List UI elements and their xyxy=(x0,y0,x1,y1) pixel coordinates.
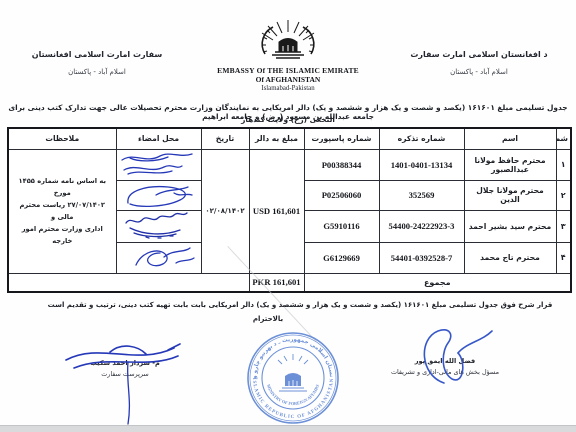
col-header-amount: مبلغ به دالر xyxy=(249,128,304,149)
afghanistan-emblem-icon xyxy=(255,18,321,66)
footer-respect-line: بالاحترام xyxy=(0,315,536,323)
signature-row2-icon xyxy=(116,181,199,210)
charge-daffaires-sign-block: م- سردار احمد شکیب سرپرست سفارت xyxy=(50,338,200,426)
embassy-name-line2: Of AFGHANISTAN xyxy=(0,75,576,84)
embassy-name-line1: EMBASSY Of THE ISLAMIC EMIRATE xyxy=(0,66,576,75)
total-label-cell: مجموع xyxy=(304,273,571,292)
row3-tazkira: 54400-24222923-3 xyxy=(379,210,464,242)
col-header-signature: محل امضاء xyxy=(116,128,201,149)
table-total-row: مجموع PKR 161,601 xyxy=(8,273,571,292)
charge-daffaires-signature-icon xyxy=(50,338,200,426)
row2-tazkira: 352569 xyxy=(379,180,464,210)
ministry-stamp: د افغانستان اسلامی جمهوریت ـ د بهرنیو چا… xyxy=(245,330,341,426)
scan-bottom-edge xyxy=(0,425,576,432)
svg-text:د افغانستان اسلامی جمهوریت ـ د: د افغانستان اسلامی جمهوریت ـ د بهرنیو چا… xyxy=(245,330,334,380)
row2-name: محترم مولانا جلال الدین xyxy=(464,180,556,210)
row3-signature-cell xyxy=(116,210,201,242)
row1-passport: P00388344 xyxy=(304,149,379,180)
row4-tazkira: 54401-0392528-7 xyxy=(379,242,464,273)
signature-row3-icon xyxy=(116,211,199,242)
col-header-tazkira: شماره تذکره xyxy=(379,128,464,149)
row2-number: ۲ xyxy=(556,180,571,210)
row2-signature-cell xyxy=(116,180,201,210)
notes-cell: به اساس نامه شماره ۱۴۵۵ مورخ ۲۷/۰۷/۱۴۰۲ … xyxy=(8,149,116,273)
row1-number: ۱ xyxy=(556,149,571,180)
amount-usd-cell: USD 161,601 xyxy=(249,149,304,273)
embassy-city-line: Islamabad-Pakistan xyxy=(0,85,576,92)
signature-row1-icon xyxy=(116,150,199,179)
row1-tazkira: 1401-0401-13134 xyxy=(379,149,464,180)
stamp-top-arc-text: د افغانستان اسلامی جمهوریت ـ د بهرنیو چا… xyxy=(245,330,334,380)
finance-officer-sign-block: فضل الله ایمق پور مسؤل بخش های مالی-ادار… xyxy=(380,323,510,393)
finance-officer-signature-icon xyxy=(400,323,510,391)
header-center-block: EMBASSY Of THE ISLAMIC EMIRATE Of AFGHAN… xyxy=(0,18,576,92)
notes-line2: ۲۷/۰۷/۱۴۰۲ ریاست محترم مالی و xyxy=(20,201,105,221)
row1-name: محترم حافظ مولانا عبدالصبور xyxy=(464,149,556,180)
document-title-line2: النخعی (رح) ولایت کندهار xyxy=(4,115,572,124)
row4-signature-cell xyxy=(116,242,201,273)
table-header-row: شماره اسم شماره تذکره شماره پاسپورت مبلغ… xyxy=(8,128,571,149)
row4-passport: G6129669 xyxy=(304,242,379,273)
footer-statement: قرار شرح فوق جدول تسلیمی مبلغ ۱۶۱۶۰۱ (یک… xyxy=(30,301,570,309)
scanned-document: د افغانستان اسلامی امارت سفارت اسلام آبا… xyxy=(0,0,576,432)
row3-passport: G5910116 xyxy=(304,210,379,242)
delivery-table: شماره اسم شماره تذکره شماره پاسپورت مبلغ… xyxy=(7,127,572,293)
total-empty-cell xyxy=(8,273,249,292)
notes-line3: اداری وزارت محترم امور خارجه xyxy=(22,225,103,245)
col-header-name: اسم xyxy=(464,128,556,149)
col-header-number: شماره xyxy=(556,128,571,149)
signature-row4-icon xyxy=(116,243,199,272)
col-header-passport: شماره پاسپورت xyxy=(304,128,379,149)
ministry-stamp-icon: د افغانستان اسلامی جمهوریت ـ د بهرنیو چا… xyxy=(245,330,341,426)
row3-number: ۳ xyxy=(556,210,571,242)
date-cell: ۰۲/۰۸/۱۴۰۲ xyxy=(201,149,249,273)
col-header-notes: ملاحظات xyxy=(8,128,116,149)
col-header-date: تاریخ xyxy=(201,128,249,149)
notes-line1: به اساس نامه شماره ۱۴۵۵ مورخ xyxy=(19,177,106,197)
row4-name: محترم تاج محمد xyxy=(464,242,556,273)
total-pkr-cell: PKR 161,601 xyxy=(249,273,304,292)
row4-number: ۴ xyxy=(556,242,571,273)
row1-signature-cell xyxy=(116,149,201,180)
row3-name: محترم سید بشیر احمد xyxy=(464,210,556,242)
row2-passport: P02506060 xyxy=(304,180,379,210)
table-row: ۱ محترم حافظ مولانا عبدالصبور 1401-0401-… xyxy=(8,149,571,180)
